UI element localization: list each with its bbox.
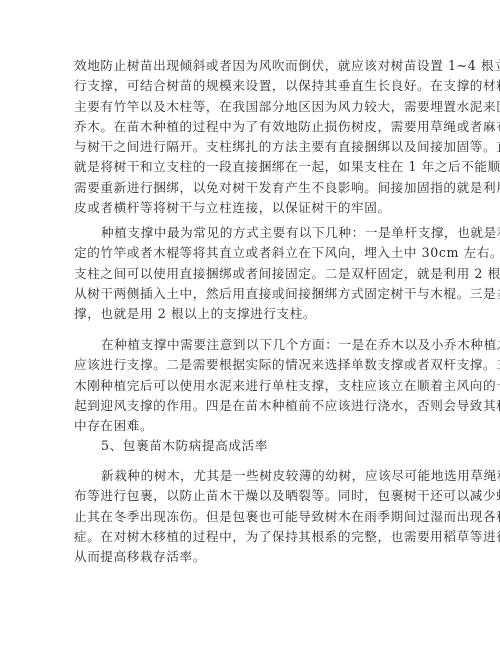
text-line: 需要重新进行捆绑，以免对树干发育产生不良影响。间接加固指的就是利用粗橡胶 [74,178,434,198]
text-line: 从树干两侧插入土中，然后用直接或间接捆绑方式固定树干与木棍。三是多杆支 [74,284,434,304]
paragraph-support-notes: 在种植支撑中需要注意到以下几个方面：一是在乔木以及小乔木种植之后都 应该进行支撑… [74,335,434,436]
text-line: 种植支撑中最为常见的方式主要有以下几种：一是单杆支撑，也就是利用固 [74,223,434,243]
text-line: 应该进行支撑。二是需要根据实际的情况来选择单数支撑或者双杆支撑。三是在苗 [74,355,434,375]
text-line: 主要有竹竿以及木柱等，在我国部分地区因为风力较大，需要埋置水泥来固定高大 [74,97,434,117]
section-heading: 5、包裹苗木防病提高成活率 [101,436,268,456]
text-line: 木刚种植完后可以使用水泥来进行单柱支撑，支柱应该立在顺着主风向的一侧，以 [74,376,434,396]
text-line: 起到迎风支撑的作用。四是在苗木种植前不应该进行浇水，否则会导致其种植过程 [74,396,434,416]
document-page: 效地防止树苗出现倾斜或者因为风吹而倒伏，就应该对树苗设置 1~4 根立支柱进 行… [0,0,500,647]
paragraph-wrapping: 新栽种的树木，尤其是一些树皮较薄的幼树，应该尽可能地选用草绳和粗帆 布等进行包裹… [74,466,434,567]
text-line: 支柱之间可以使用直接捆绑或者间接固定。二是双杆固定，就是利用 2 根木棍将其 [74,264,434,284]
text-line: 症。在对树木移植的过程中，为了保持其根系的完整，也需要用稻草等进行覆盖， [74,527,434,547]
text-line: 在种植支撑中需要注意到以下几个方面：一是在乔木以及小乔木种植之后都 [74,335,434,355]
text-line: 新栽种的树木，尤其是一些树皮较薄的幼树，应该尽可能地选用草绳和粗帆 [74,466,434,486]
text-line: 与树干之间进行隔开。支柱绑扎的方法主要有直接捆绑以及间接加固等。直接捆绑 [74,137,434,157]
text-line: 从而提高移栽存活率。 [74,547,434,567]
text-line: 效地防止树苗出现倾斜或者因为风吹而倒伏，就应该对树苗设置 1~4 根立支柱进 [74,56,434,76]
text-line: 行支撑，可结合树苗的规模来设置，以保持其垂直生长良好。在支撑的材料选择上 [74,76,434,96]
text-line: 就是将树干和立支柱的一段直接捆绑在一起，如果支柱在 1 年之后不能顺利撤出就 [74,157,434,177]
text-line: 乔木。在苗木种植的过程中为了有效地防止损伤树皮，需要用草绳或者麻布在支柱 [74,117,434,137]
text-line: 定的竹竿或者木棍等将其直立或者斜立在下风向，埋入土中 30cm 左右。在树干和 [74,243,434,263]
text-line: 止其在冬季出现冻伤。但是包裹也可能导致树木在雨季期间过湿而出现各种溃疡病 [74,507,434,527]
text-line: 皮或者横杆等将树干与立柱连接，以保证树干的牢固。 [74,198,434,218]
paragraph-support-materials: 效地防止树苗出现倾斜或者因为风吹而倒伏，就应该对树苗设置 1~4 根立支柱进 行… [74,56,434,218]
text-line: 中存在困难。 [74,416,434,436]
paragraph-support-methods: 种植支撑中最为常见的方式主要有以下几种：一是单杆支撑，也就是利用固 定的竹竿或者… [74,223,434,324]
text-line: 布等进行包裹，以防止苗木干燥以及晒裂等。同时，包裹树干还可以减少蛀虫，防 [74,486,434,506]
text-line: 撑，也就是用 2 根以上的支撑进行支柱。 [74,304,434,324]
